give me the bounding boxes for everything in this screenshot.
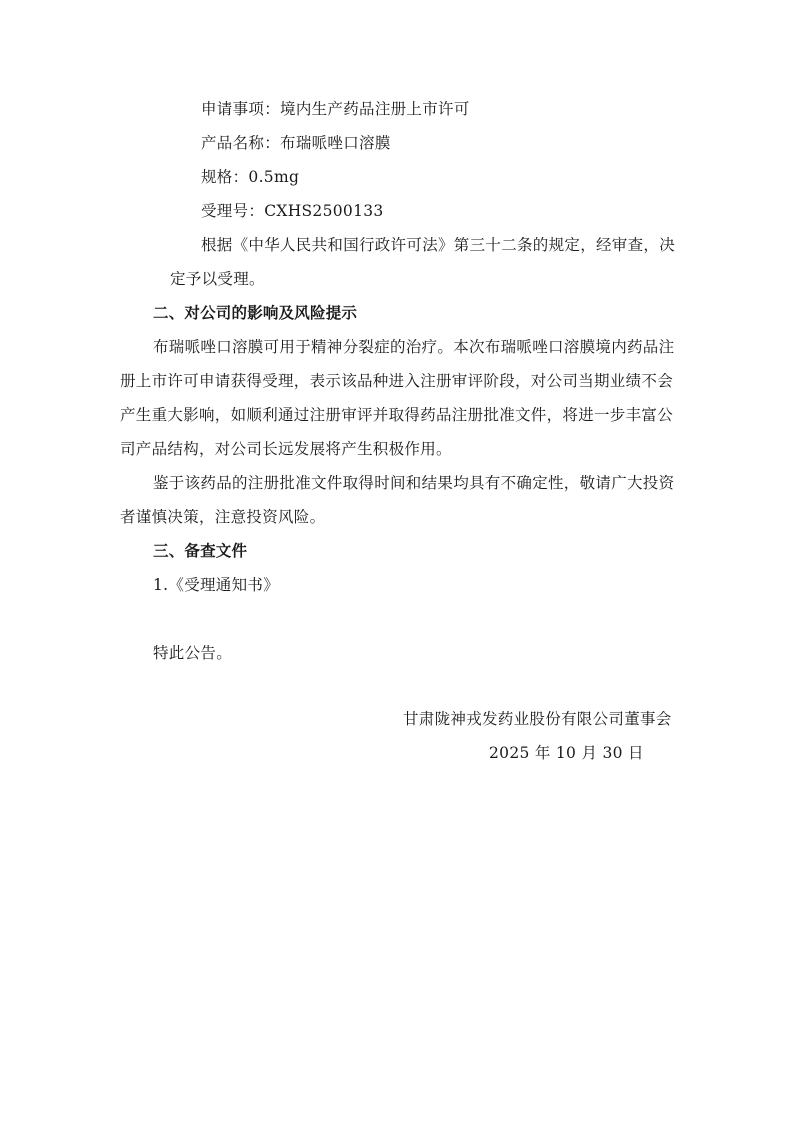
paragraph-line: 布瑞哌唑口溶膜可用于精神分裂症的治疗。本次布瑞哌唑口溶膜境内药品注 bbox=[153, 337, 673, 357]
product-name-line: 产品名称：布瑞哌唑口溶膜 bbox=[201, 133, 391, 153]
signature-date: 2025 年 10 月 30 日 bbox=[489, 743, 644, 763]
acceptance-number-value: CXHS2500133 bbox=[264, 202, 383, 220]
decision-text-line: 根据《中华人民共和国行政许可法》第三十二条的规定，经审查，决 bbox=[201, 235, 673, 255]
risk-warning-line: 鉴于该药品的注册批准文件取得时间和结果均具有不确定性，敬请广大投资 bbox=[153, 473, 673, 493]
section-heading-reference-documents: 三、备查文件 bbox=[153, 541, 247, 561]
reference-document-item: 1.《受理通知书》 bbox=[153, 575, 279, 595]
document-page: 申请事项：境内生产药品注册上市许可 产品名称：布瑞哌唑口溶膜 规格：0.5mg … bbox=[0, 0, 793, 1122]
application-item-label: 申请事项：境内生产药品注册上市许可 bbox=[201, 99, 470, 119]
application-item-label: 申请事项： bbox=[201, 100, 280, 118]
product-name-label: 产品名称： bbox=[201, 134, 280, 152]
specification-line: 规格：0.5mg bbox=[201, 167, 299, 187]
closing-statement: 特此公告。 bbox=[153, 643, 232, 663]
section-heading-impact: 二、对公司的影响及风险提示 bbox=[153, 303, 357, 323]
application-item-value: 境内生产药品注册上市许可 bbox=[280, 100, 470, 118]
paragraph-line: 司产品结构，对公司长远发展将产生积极作用。 bbox=[120, 439, 452, 459]
risk-warning-line: 者谨慎决策，注意投资风险。 bbox=[120, 507, 325, 527]
signature-company: 甘肃陇神戎发药业股份有限公司董事会 bbox=[403, 709, 672, 729]
paragraph-line: 产生重大影响，如顺利通过注册审评并取得药品注册批准文件，将进一步丰富公 bbox=[120, 405, 673, 425]
specification-label: 规格： bbox=[201, 168, 248, 186]
acceptance-number-label: 受理号： bbox=[201, 202, 264, 220]
acceptance-number-line: 受理号：CXHS2500133 bbox=[201, 201, 384, 221]
paragraph-line: 册上市许可申请获得受理，表示该品种进入注册审评阶段，对公司当期业绩不会 bbox=[120, 371, 673, 391]
specification-value: 0.5mg bbox=[248, 168, 299, 186]
decision-text-line: 定予以受理。 bbox=[170, 269, 265, 289]
product-name-value: 布瑞哌唑口溶膜 bbox=[280, 134, 391, 152]
